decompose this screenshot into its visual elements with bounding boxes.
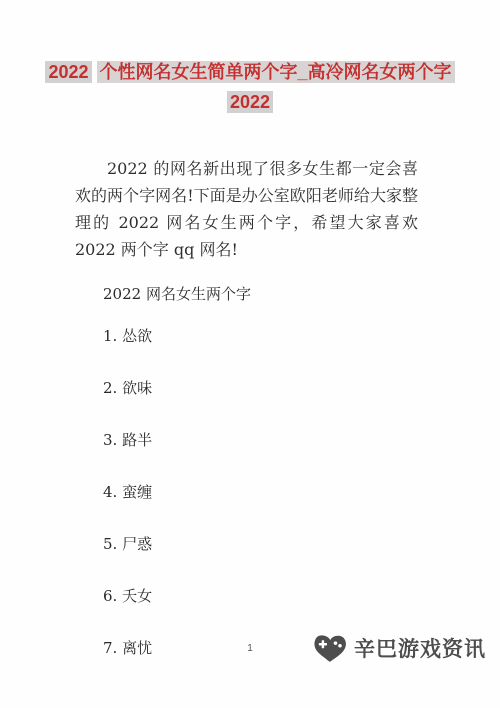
intro-paragraph: 2022 的网名新出现了很多女生都一定会喜欢的两个字网名!下面是办公室欧阳老师给… (0, 155, 500, 263)
list-item: 1. 怂欲 (103, 328, 500, 344)
document-title: 2022 个性网名女生简单两个字_高冷网名女两个字 2022 (0, 0, 500, 117)
list-item: 3. 路半 (103, 432, 500, 448)
list-item: 4. 蛮缠 (103, 484, 500, 500)
list-item: 2. 欲味 (103, 380, 500, 396)
watermark-logo: 辛巴游戏资讯 (313, 633, 486, 663)
title-line-2: 2022 (0, 87, 500, 117)
watermark-text: 辛巴游戏资讯 (354, 633, 486, 663)
gamepad-icon (313, 634, 347, 663)
title-line-2-number: 2022 (227, 91, 273, 113)
list-item: 6. 夭女 (103, 588, 500, 604)
title-line-1-number: 2022 (45, 61, 91, 83)
name-list: 1. 怂欲 2. 欲味 3. 路半 4. 蛮缠 5. 尸惑 6. 夭女 7. 离… (103, 328, 500, 656)
title-line-1: 2022 个性网名女生简单两个字_高冷网名女两个字 (0, 57, 500, 87)
list-section-title: 2022 网名女生两个字 (103, 286, 500, 302)
document-page: 2022 个性网名女生简单两个字_高冷网名女两个字 2022 2022 的网名新… (0, 0, 500, 708)
list-item: 5. 尸惑 (103, 536, 500, 552)
title-line-1-text: 个性网名女生简单两个字_高冷网名女两个字 (97, 61, 455, 83)
